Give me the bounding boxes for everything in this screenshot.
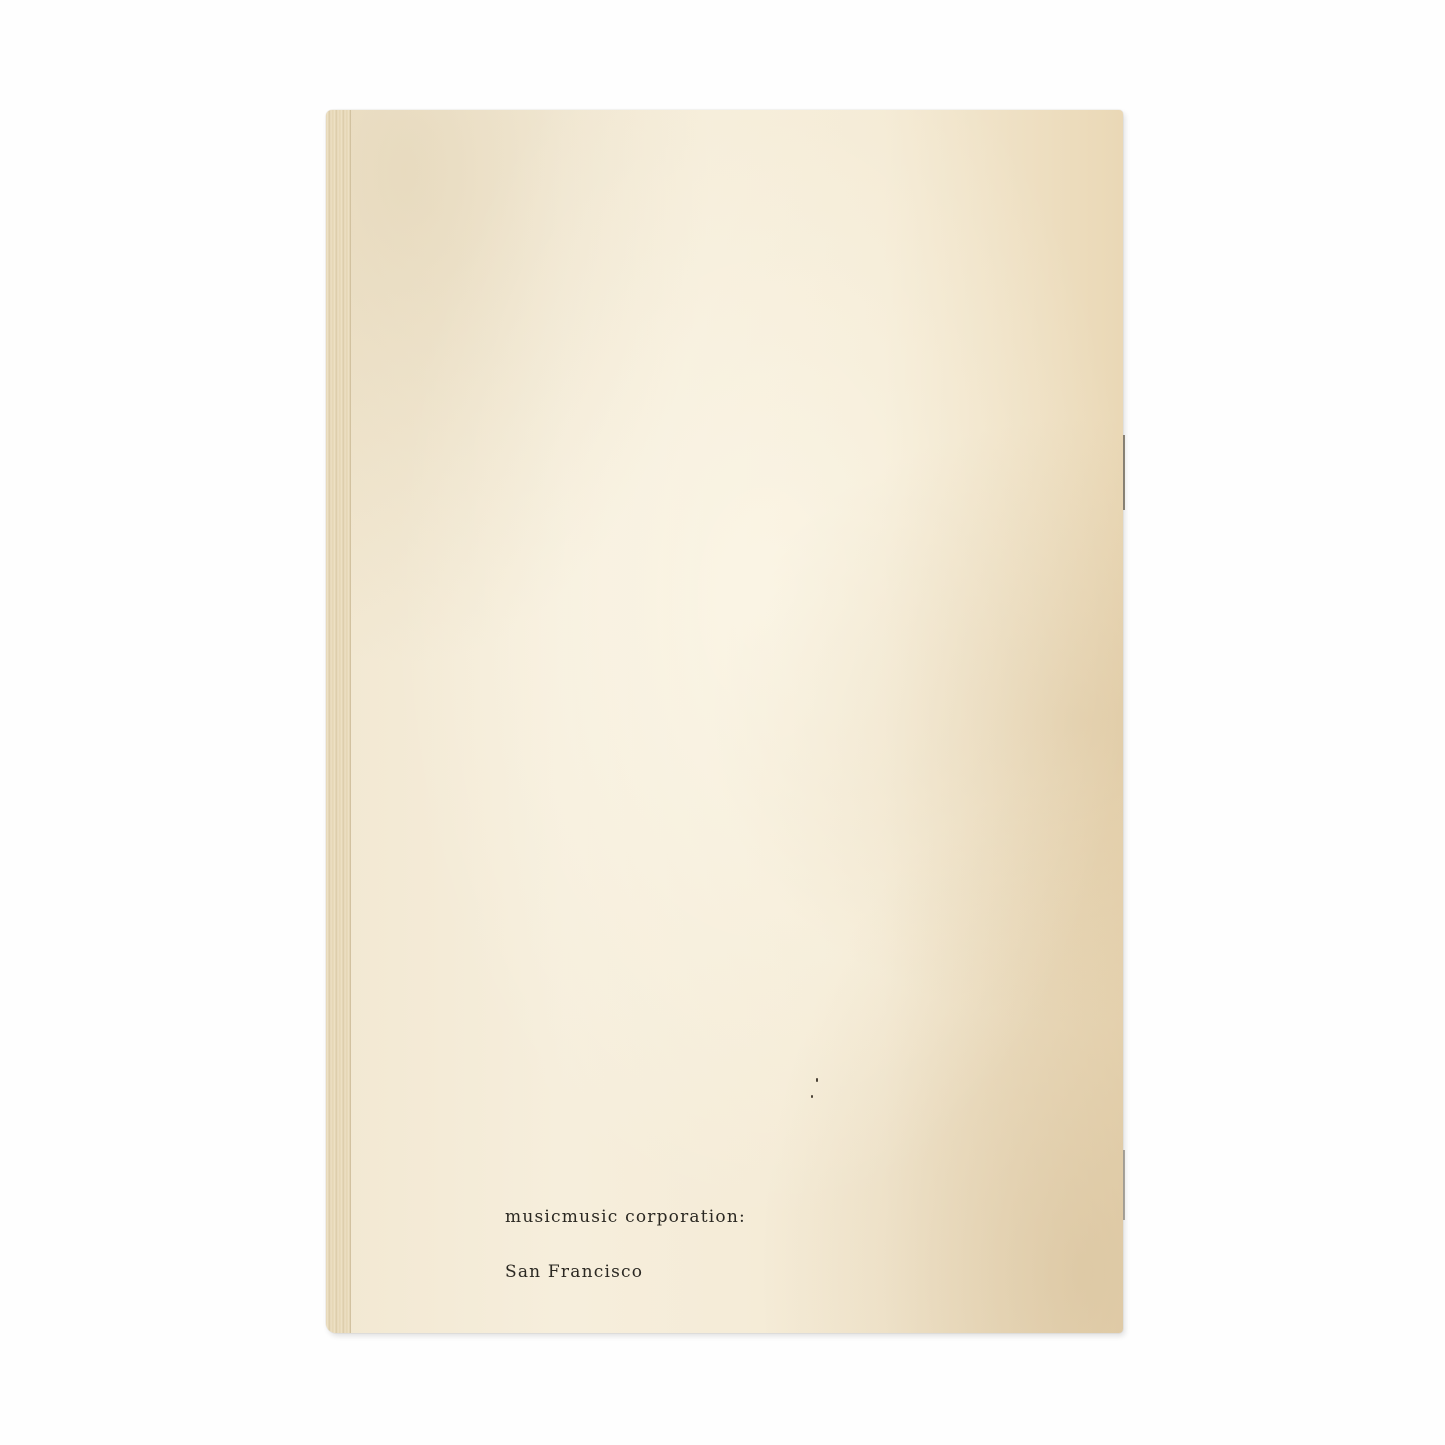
publisher-imprint: musicmusic corporation: San Francisco: [505, 1207, 746, 1282]
paper-speck: [811, 1095, 813, 1098]
photo-stage: musicmusic corporation: San Francisco: [0, 0, 1445, 1445]
paper-speck: [816, 1078, 818, 1082]
staple-binding-mark: [1123, 435, 1125, 510]
page-edges: [326, 110, 351, 1333]
booklet-back-cover: musicmusic corporation: San Francisco: [326, 110, 1123, 1333]
staple-binding-mark-lower: [1123, 1150, 1125, 1220]
publisher-city: San Francisco: [505, 1262, 746, 1282]
publisher-name: musicmusic corporation:: [505, 1207, 746, 1227]
